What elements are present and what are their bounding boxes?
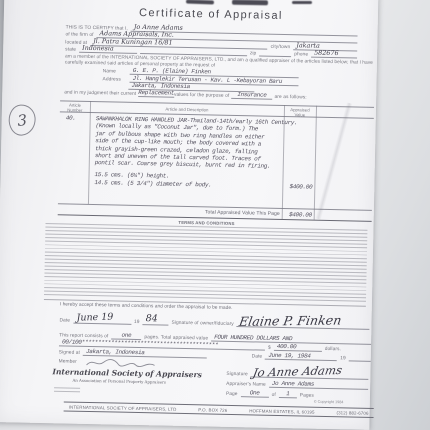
state-value: Indonesia	[82, 44, 114, 53]
footer-org: INTERNATIONAL SOCIETY OF APPRAISERS, LTD	[69, 404, 177, 411]
member-label: Member	[59, 359, 77, 364]
copyright-note: © Copyright 1984	[314, 400, 344, 405]
appraiser-signature-value: Jo Anne Adams	[252, 363, 344, 380]
phone-value: 582676	[314, 48, 339, 57]
margin-note-value: 3	[17, 111, 28, 130]
acceptance-date-field: June 19	[73, 312, 131, 325]
spacer	[210, 353, 249, 360]
dollars-label: dollars.	[325, 347, 341, 352]
acceptance-year-field: 84	[143, 313, 169, 326]
pages-label: Pages	[300, 393, 314, 398]
page-number-value: One	[250, 389, 260, 396]
judgment-text-3: are as follows:	[275, 95, 307, 101]
certify-section: THIS IS TO CERTIFY that I, Jo Anne Adams…	[65, 23, 358, 58]
margin-note-circled-3: 3	[7, 103, 36, 136]
judgment-replacement-value: Replacement	[138, 89, 174, 98]
client-name-label: Name	[103, 70, 127, 76]
phone-label: phone	[294, 52, 308, 57]
acceptance-year-prefix: 19	[134, 320, 140, 325]
scan-artifact-smudge	[292, 1, 312, 4]
appraiser-signature-field: Jo Anne Adams	[251, 362, 369, 379]
report-year-field	[349, 354, 371, 361]
appraiser-printed-name-value: Jo Anne Adams	[272, 380, 314, 388]
page-count-line: Page One of 1 Pages	[226, 389, 346, 400]
article-description: SAWANKHALOK RING HANDLED JAR-Thailand-14…	[95, 115, 282, 171]
footer-po-box: P.O. BOX 726	[198, 407, 227, 413]
report-date-field: June 19, 1984	[265, 352, 337, 362]
signed-at-label: Signed at	[59, 350, 80, 355]
acceptance-year-value: 84	[146, 313, 158, 324]
judgment-text-1: and in my judgment their current	[64, 90, 136, 97]
scan-artifact-smudge	[232, 0, 268, 5]
column-header-text: Number	[60, 107, 90, 113]
amount-figure-field: 400.00	[274, 343, 322, 352]
page-number-field: One	[241, 389, 269, 398]
report-pages-value: one	[121, 332, 131, 339]
acceptance-date-label: Date	[59, 318, 70, 323]
column-header-appraised-value: Appraised Value	[284, 107, 316, 118]
acceptance-date-value: June 19	[76, 312, 113, 324]
footer-city: HOFFMAN ESTATES, IL 60195	[249, 408, 314, 414]
owner-signature-value: Elaine P. Finken	[238, 313, 343, 329]
terms-fine-print	[44, 223, 367, 304]
judgment-purpose-value: Insurance	[231, 91, 272, 100]
of-label: of	[272, 393, 276, 398]
scanned-photo-background: Certificate of Appraisal THIS IS TO CERT…	[0, 0, 430, 430]
signature-label: Signature	[226, 372, 248, 377]
state-field: Indonesia	[79, 43, 137, 53]
phone-field: 582676	[311, 48, 357, 58]
total-pages-value: 1	[286, 390, 289, 397]
total-pages-field: 1	[279, 390, 297, 398]
zip-field	[259, 49, 291, 57]
appraisal-table: Article Number Article and Description A…	[58, 100, 374, 222]
owner-signature-field: Elaine P. Finken	[237, 311, 370, 330]
page-label: Page	[226, 392, 238, 397]
table-column-line	[88, 101, 91, 204]
appraised-value: $400.00	[282, 182, 312, 190]
acceptance-signature-line: Date June 19 19 84 Signature of owner/fi…	[59, 311, 369, 329]
appraiser-printed-name-field: Jo Anne Adams	[269, 380, 369, 390]
amount-figure-value: 400.00	[277, 343, 297, 350]
article-number: 40.	[66, 114, 76, 121]
report-date-value: June 19, 1984	[268, 352, 310, 360]
blank-field	[140, 47, 247, 56]
footer-phone: (312) 882-6706	[336, 410, 368, 416]
total-value: $400.00	[282, 210, 312, 218]
appraiser-name-label: Appraiser's Name	[226, 382, 266, 388]
column-header-article-number: Article Number	[60, 102, 90, 113]
appraiser-signature-line: Signature Jo Anne Adams	[226, 365, 368, 380]
column-header-text: Value	[284, 112, 316, 118]
report-year-prefix: 19	[340, 356, 346, 361]
owner-signature-label: Signature of owner/fiduciary	[171, 321, 233, 327]
page-title: Certificate of Appraisal	[56, 5, 366, 23]
dollar-sign-label: $	[268, 346, 271, 351]
certificate-of-appraisal-document: Certificate of Appraisal THIS IS TO CERT…	[0, 0, 379, 430]
table-column-line	[314, 106, 317, 220]
appraiser-name-line: Appraiser's Name Jo Anne Adams	[226, 379, 368, 390]
state-label: state	[65, 47, 76, 52]
measurement-diameter: 14.5 cms. (5 3/4") diameter of body.	[94, 179, 211, 188]
report-date-label: Date	[252, 354, 263, 359]
client-address-label: Address	[102, 77, 126, 83]
signed-at-value: Jakarta, Indonesia	[86, 348, 145, 356]
zip-label: zip	[250, 51, 257, 56]
judgment-text-2: values for the purpose of	[174, 93, 229, 99]
license-fine-print	[54, 387, 80, 394]
